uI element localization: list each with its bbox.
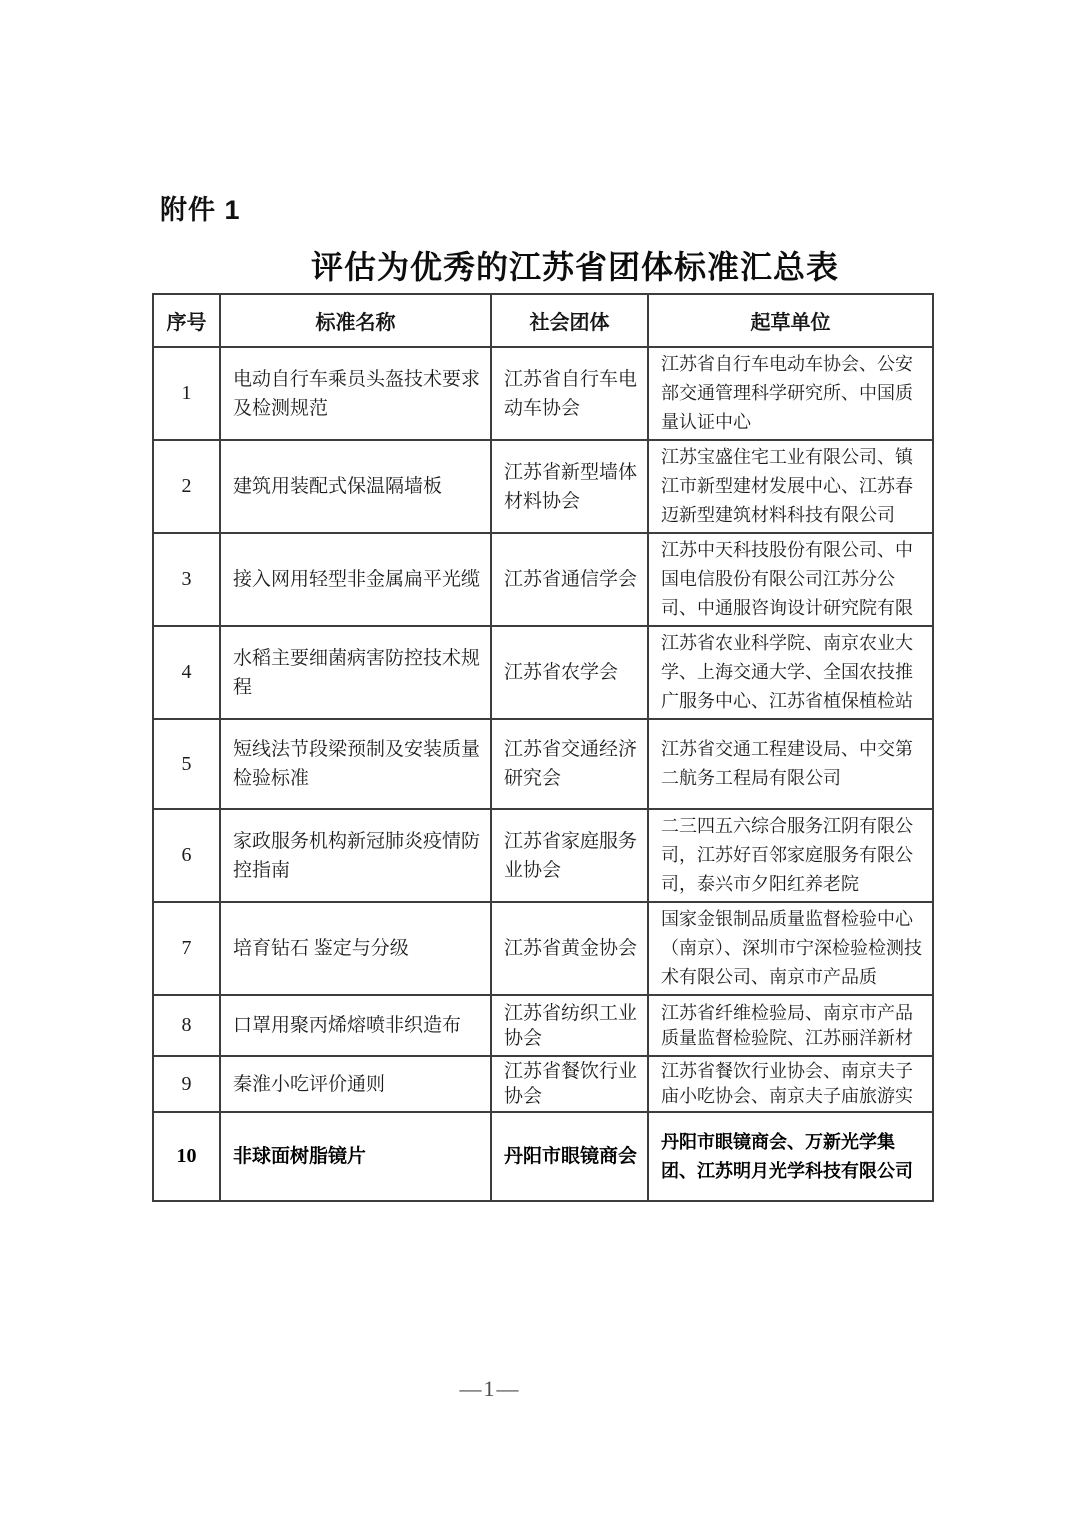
table-row: 3 接入网用轻型非金属扁平光缆 江苏省通信学会 江苏中天科技股份有限公司、中国电…	[153, 533, 933, 626]
cell-serial-no: 9	[153, 1056, 220, 1112]
cell-social-org: 江苏省纺织工业协会	[491, 995, 648, 1056]
table-row: 4 水稻主要细菌病害防控技术规程 江苏省农学会 江苏省农业科学院、南京农业大学、…	[153, 626, 933, 719]
cell-social-org: 江苏省通信学会	[491, 533, 648, 626]
cell-serial-no: 3	[153, 533, 220, 626]
cell-serial-no: 6	[153, 809, 220, 902]
document-page: 附件 1 评估为优秀的江苏省团体标准汇总表 序号 标准名称 社会团体 起草单位 …	[0, 0, 1080, 1527]
cell-serial-no: 1	[153, 347, 220, 440]
page-title: 评估为优秀的江苏省团体标准汇总表	[311, 242, 839, 288]
cell-serial-no: 8	[153, 995, 220, 1056]
cell-drafting-unit: 江苏省交通工程建设局、中交第二航务工程局有限公司	[648, 719, 933, 809]
cell-standard-name: 非球面树脂镜片	[220, 1112, 491, 1201]
cell-drafting-unit: 江苏省农业科学院、南京农业大学、上海交通大学、全国农技推广服务中心、江苏省植保植…	[648, 626, 933, 719]
table-row: 5 短线法节段梁预制及安装质量检验标准 江苏省交通经济研究会 江苏省交通工程建设…	[153, 719, 933, 809]
cell-drafting-unit: 江苏省自行车电动车协会、公安部交通管理科学研究所、中国质量认证中心	[648, 347, 933, 440]
table-row: 7 培育钻石 鉴定与分级 江苏省黄金协会 国家金银制品质量监督检验中心（南京）、…	[153, 902, 933, 995]
table-row: 9 秦淮小吃评价通则 江苏省餐饮行业协会 江苏省餐饮行业协会、南京夫子庙小吃协会…	[153, 1056, 933, 1112]
cell-serial-no: 7	[153, 902, 220, 995]
cell-social-org: 江苏省黄金协会	[491, 902, 648, 995]
cell-drafting-unit: 江苏中天科技股份有限公司、中国电信股份有限公司江苏分公司、中通服咨询设计研究院有…	[648, 533, 933, 626]
table-row: 2 建筑用装配式保温隔墙板 江苏省新型墙体材料协会 江苏宝盛住宅工业有限公司、镇…	[153, 440, 933, 533]
cell-standard-name: 建筑用装配式保温隔墙板	[220, 440, 491, 533]
col-header-social-org: 社会团体	[491, 294, 648, 347]
cell-social-org: 江苏省农学会	[491, 626, 648, 719]
cell-serial-no: 2	[153, 440, 220, 533]
cell-drafting-unit: 丹阳市眼镜商会、万新光学集团、江苏明月光学科技有限公司	[648, 1112, 933, 1201]
col-header-serial-no: 序号	[153, 294, 220, 347]
cell-serial-no: 5	[153, 719, 220, 809]
cell-social-org: 江苏省家庭服务业协会	[491, 809, 648, 902]
table-row: 10 非球面树脂镜片 丹阳市眼镜商会 丹阳市眼镜商会、万新光学集团、江苏明月光学…	[153, 1112, 933, 1201]
col-header-standard-name: 标准名称	[220, 294, 491, 347]
cell-drafting-unit: 江苏省纤维检验局、南京市产品质量监督检验院、江苏丽洋新材	[648, 995, 933, 1056]
table-row: 1 电动自行车乘员头盔技术要求及检测规范 江苏省自行车电动车协会 江苏省自行车电…	[153, 347, 933, 440]
cell-social-org: 江苏省新型墙体材料协会	[491, 440, 648, 533]
cell-standard-name: 电动自行车乘员头盔技术要求及检测规范	[220, 347, 491, 440]
table-row: 8 口罩用聚丙烯熔喷非织造布 江苏省纺织工业协会 江苏省纤维检验局、南京市产品质…	[153, 995, 933, 1056]
cell-social-org: 江苏省交通经济研究会	[491, 719, 648, 809]
cell-social-org: 江苏省自行车电动车协会	[491, 347, 648, 440]
cell-drafting-unit: 二三四五六综合服务江阴有限公司，江苏好百邻家庭服务有限公司，泰兴市夕阳红养老院	[648, 809, 933, 902]
cell-standard-name: 口罩用聚丙烯熔喷非织造布	[220, 995, 491, 1056]
attachment-label: 附件 1	[160, 188, 241, 227]
standards-table: 序号 标准名称 社会团体 起草单位 1 电动自行车乘员头盔技术要求及检测规范 江…	[152, 293, 934, 1202]
cell-drafting-unit: 江苏省餐饮行业协会、南京夫子庙小吃协会、南京夫子庙旅游实	[648, 1056, 933, 1112]
col-header-drafting-unit: 起草单位	[648, 294, 933, 347]
cell-standard-name: 短线法节段梁预制及安装质量检验标准	[220, 719, 491, 809]
cell-serial-no: 4	[153, 626, 220, 719]
cell-standard-name: 秦淮小吃评价通则	[220, 1056, 491, 1112]
cell-serial-no: 10	[153, 1112, 220, 1201]
cell-social-org: 江苏省餐饮行业协会	[491, 1056, 648, 1112]
cell-standard-name: 接入网用轻型非金属扁平光缆	[220, 533, 491, 626]
cell-standard-name: 水稻主要细菌病害防控技术规程	[220, 626, 491, 719]
table-row: 6 家政服务机构新冠肺炎疫情防控指南 江苏省家庭服务业协会 二三四五六综合服务江…	[153, 809, 933, 902]
page-number: —1—	[390, 1376, 590, 1402]
cell-drafting-unit: 国家金银制品质量监督检验中心（南京）、深圳市宁深检验检测技术有限公司、南京市产品…	[648, 902, 933, 995]
cell-social-org: 丹阳市眼镜商会	[491, 1112, 648, 1201]
cell-drafting-unit: 江苏宝盛住宅工业有限公司、镇江市新型建材发展中心、江苏春迈新型建筑材料科技有限公…	[648, 440, 933, 533]
cell-standard-name: 家政服务机构新冠肺炎疫情防控指南	[220, 809, 491, 902]
cell-standard-name: 培育钻石 鉴定与分级	[220, 902, 491, 995]
table-header-row: 序号 标准名称 社会团体 起草单位	[153, 294, 933, 347]
